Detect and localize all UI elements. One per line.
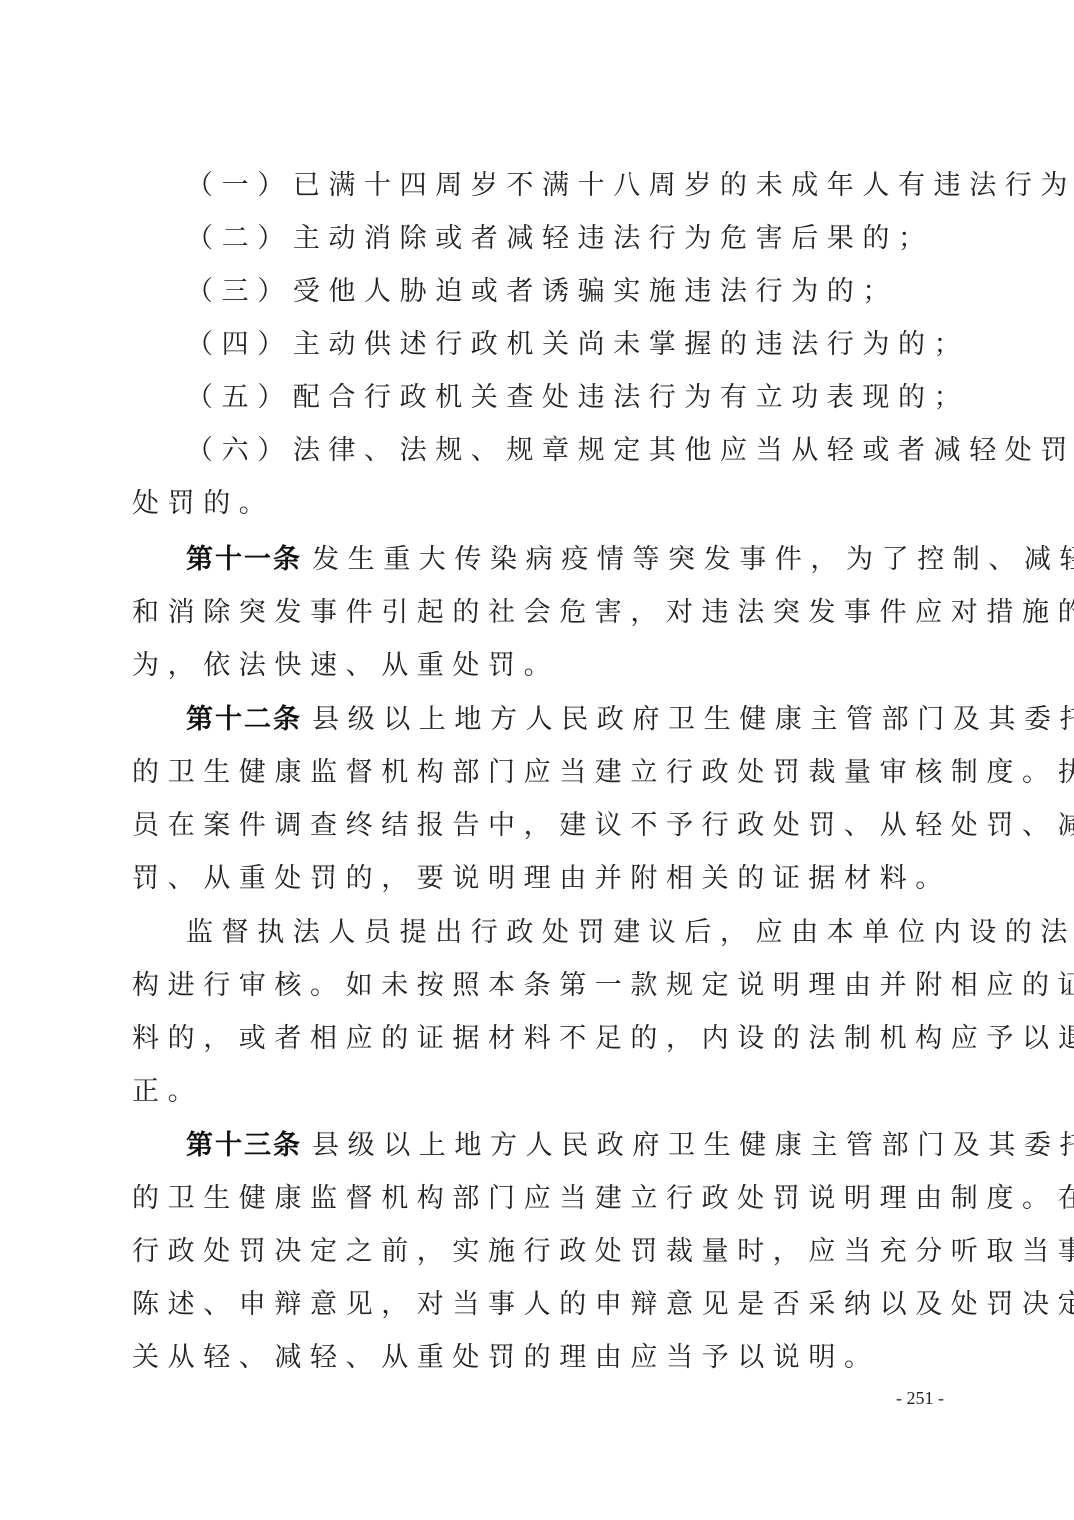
article-text: 监督执法人员提出行政处罚建议后，应由本单位内设的法制机: [186, 917, 1074, 948]
item-text: 已满十四周岁不满十八周岁的未成年人有违法行为的；: [293, 170, 1074, 201]
item-text: 主动供述行政机关尚未掌握的违法行为的；: [293, 329, 969, 360]
article-text: 正。: [132, 1076, 203, 1107]
article-text: 陈述、申辩意见，对当事人的申辩意见是否采纳以及处罚决定中有: [132, 1289, 1074, 1320]
article-text: 的卫生健康监督机构部门应当建立行政处罚说明理由制度。在作出: [132, 1183, 1074, 1214]
article-text: 的卫生健康监督机构部门应当建立行政处罚裁量审核制度。执法人: [132, 757, 1074, 788]
article-11-title: 第十一条: [186, 544, 302, 575]
article-12-p2-line-4: 正。: [132, 1072, 952, 1112]
list-item-3: （三）受他人胁迫或者诱骗实施违法行为的；: [186, 272, 1006, 312]
item-text: 处罚的。: [132, 488, 274, 519]
article-text: 行政处罚决定之前，实施行政处罚裁量时，应当充分听取当事人的: [132, 1236, 1074, 1267]
article-13-line-2: 的卫生健康监督机构部门应当建立行政处罚说明理由制度。在作出: [132, 1179, 952, 1219]
list-item-4: （四）主动供述行政机关尚未掌握的违法行为的；: [186, 325, 1006, 365]
article-13-title: 第十三条: [186, 1130, 302, 1161]
article-13-line-5: 关从轻、减轻、从重处罚的理由应当予以说明。: [132, 1338, 952, 1378]
article-text: 员在案件调查终结报告中，建议不予行政处罚、从轻处罚、减轻处: [132, 810, 1074, 841]
article-text: 发生重大传染病疫情等突发事件，为了控制、减轻: [312, 544, 1074, 575]
article-12-line-2: 的卫生健康监督机构部门应当建立行政处罚裁量审核制度。执法人: [132, 753, 952, 793]
article-text: 关从轻、减轻、从重处罚的理由应当予以说明。: [132, 1342, 880, 1373]
list-item-5: （五）配合行政机关查处违法行为有立功表现的；: [186, 378, 1006, 418]
item-label: （五）: [186, 382, 293, 413]
article-12-p2-line-2: 构进行审核。如未按照本条第一款规定说明理由并附相应的证据材: [132, 966, 952, 1006]
list-item-6-continued: 处罚的。: [132, 484, 952, 524]
article-text: 为，依法快速、从重处罚。: [132, 650, 559, 681]
article-12-title: 第十二条: [186, 704, 302, 735]
item-label: （一）: [186, 170, 293, 201]
article-12-line-1: 第十二条县级以上地方人民政府卫生健康主管部门及其委托: [186, 700, 1006, 740]
page-number: - 251 -: [896, 1388, 944, 1409]
article-text: 料的，或者相应的证据材料不足的，内设的法制机构应予以退回补: [132, 1023, 1074, 1054]
article-text: 构进行审核。如未按照本条第一款规定说明理由并附相应的证据材: [132, 970, 1074, 1001]
item-text: 主动消除或者减轻违法行为危害后果的；: [293, 223, 934, 254]
item-label: （三）: [186, 276, 293, 307]
article-text: 罚、从重处罚的，要说明理由并附相关的证据材料。: [132, 863, 951, 894]
article-12-line-4: 罚、从重处罚的，要说明理由并附相关的证据材料。: [132, 859, 952, 899]
article-11-line-1: 第十一条发生重大传染病疫情等突发事件，为了控制、减轻: [186, 540, 1006, 580]
list-item-6: （六）法律、法规、规章规定其他应当从轻或者减轻处罚行政: [186, 431, 1006, 471]
article-11-line-2: 和消除突发事件引起的社会危害，对违法突发事件应对措施的行: [132, 593, 952, 633]
article-11-line-3: 为，依法快速、从重处罚。: [132, 646, 952, 686]
article-text: 县级以上地方人民政府卫生健康主管部门及其委托: [312, 1130, 1074, 1161]
item-label: （六）: [186, 435, 293, 466]
document-page: （一）已满十四周岁不满十八周岁的未成年人有违法行为的； （二）主动消除或者减轻违…: [0, 0, 1074, 1520]
article-text: 县级以上地方人民政府卫生健康主管部门及其委托: [312, 704, 1074, 735]
article-13-line-1: 第十三条县级以上地方人民政府卫生健康主管部门及其委托: [186, 1126, 1006, 1166]
item-text: 受他人胁迫或者诱骗实施违法行为的；: [293, 276, 898, 307]
item-text: 配合行政机关查处违法行为有立功表现的；: [293, 382, 969, 413]
article-13-line-4: 陈述、申辩意见，对当事人的申辩意见是否采纳以及处罚决定中有: [132, 1285, 952, 1325]
list-item-2: （二）主动消除或者减轻违法行为危害后果的；: [186, 219, 1006, 259]
article-13-line-3: 行政处罚决定之前，实施行政处罚裁量时，应当充分听取当事人的: [132, 1232, 952, 1272]
item-label: （四）: [186, 329, 293, 360]
article-12-line-3: 员在案件调查终结报告中，建议不予行政处罚、从轻处罚、减轻处: [132, 806, 952, 846]
article-12-p2-line-1: 监督执法人员提出行政处罚建议后，应由本单位内设的法制机: [186, 913, 1006, 953]
item-text: 法律、法规、规章规定其他应当从轻或者减轻处罚行政: [293, 435, 1074, 466]
article-text: 和消除突发事件引起的社会危害，对违法突发事件应对措施的行: [132, 597, 1074, 628]
article-12-p2-line-3: 料的，或者相应的证据材料不足的，内设的法制机构应予以退回补: [132, 1019, 952, 1059]
item-label: （二）: [186, 223, 293, 254]
list-item-1: （一）已满十四周岁不满十八周岁的未成年人有违法行为的；: [186, 166, 1006, 206]
